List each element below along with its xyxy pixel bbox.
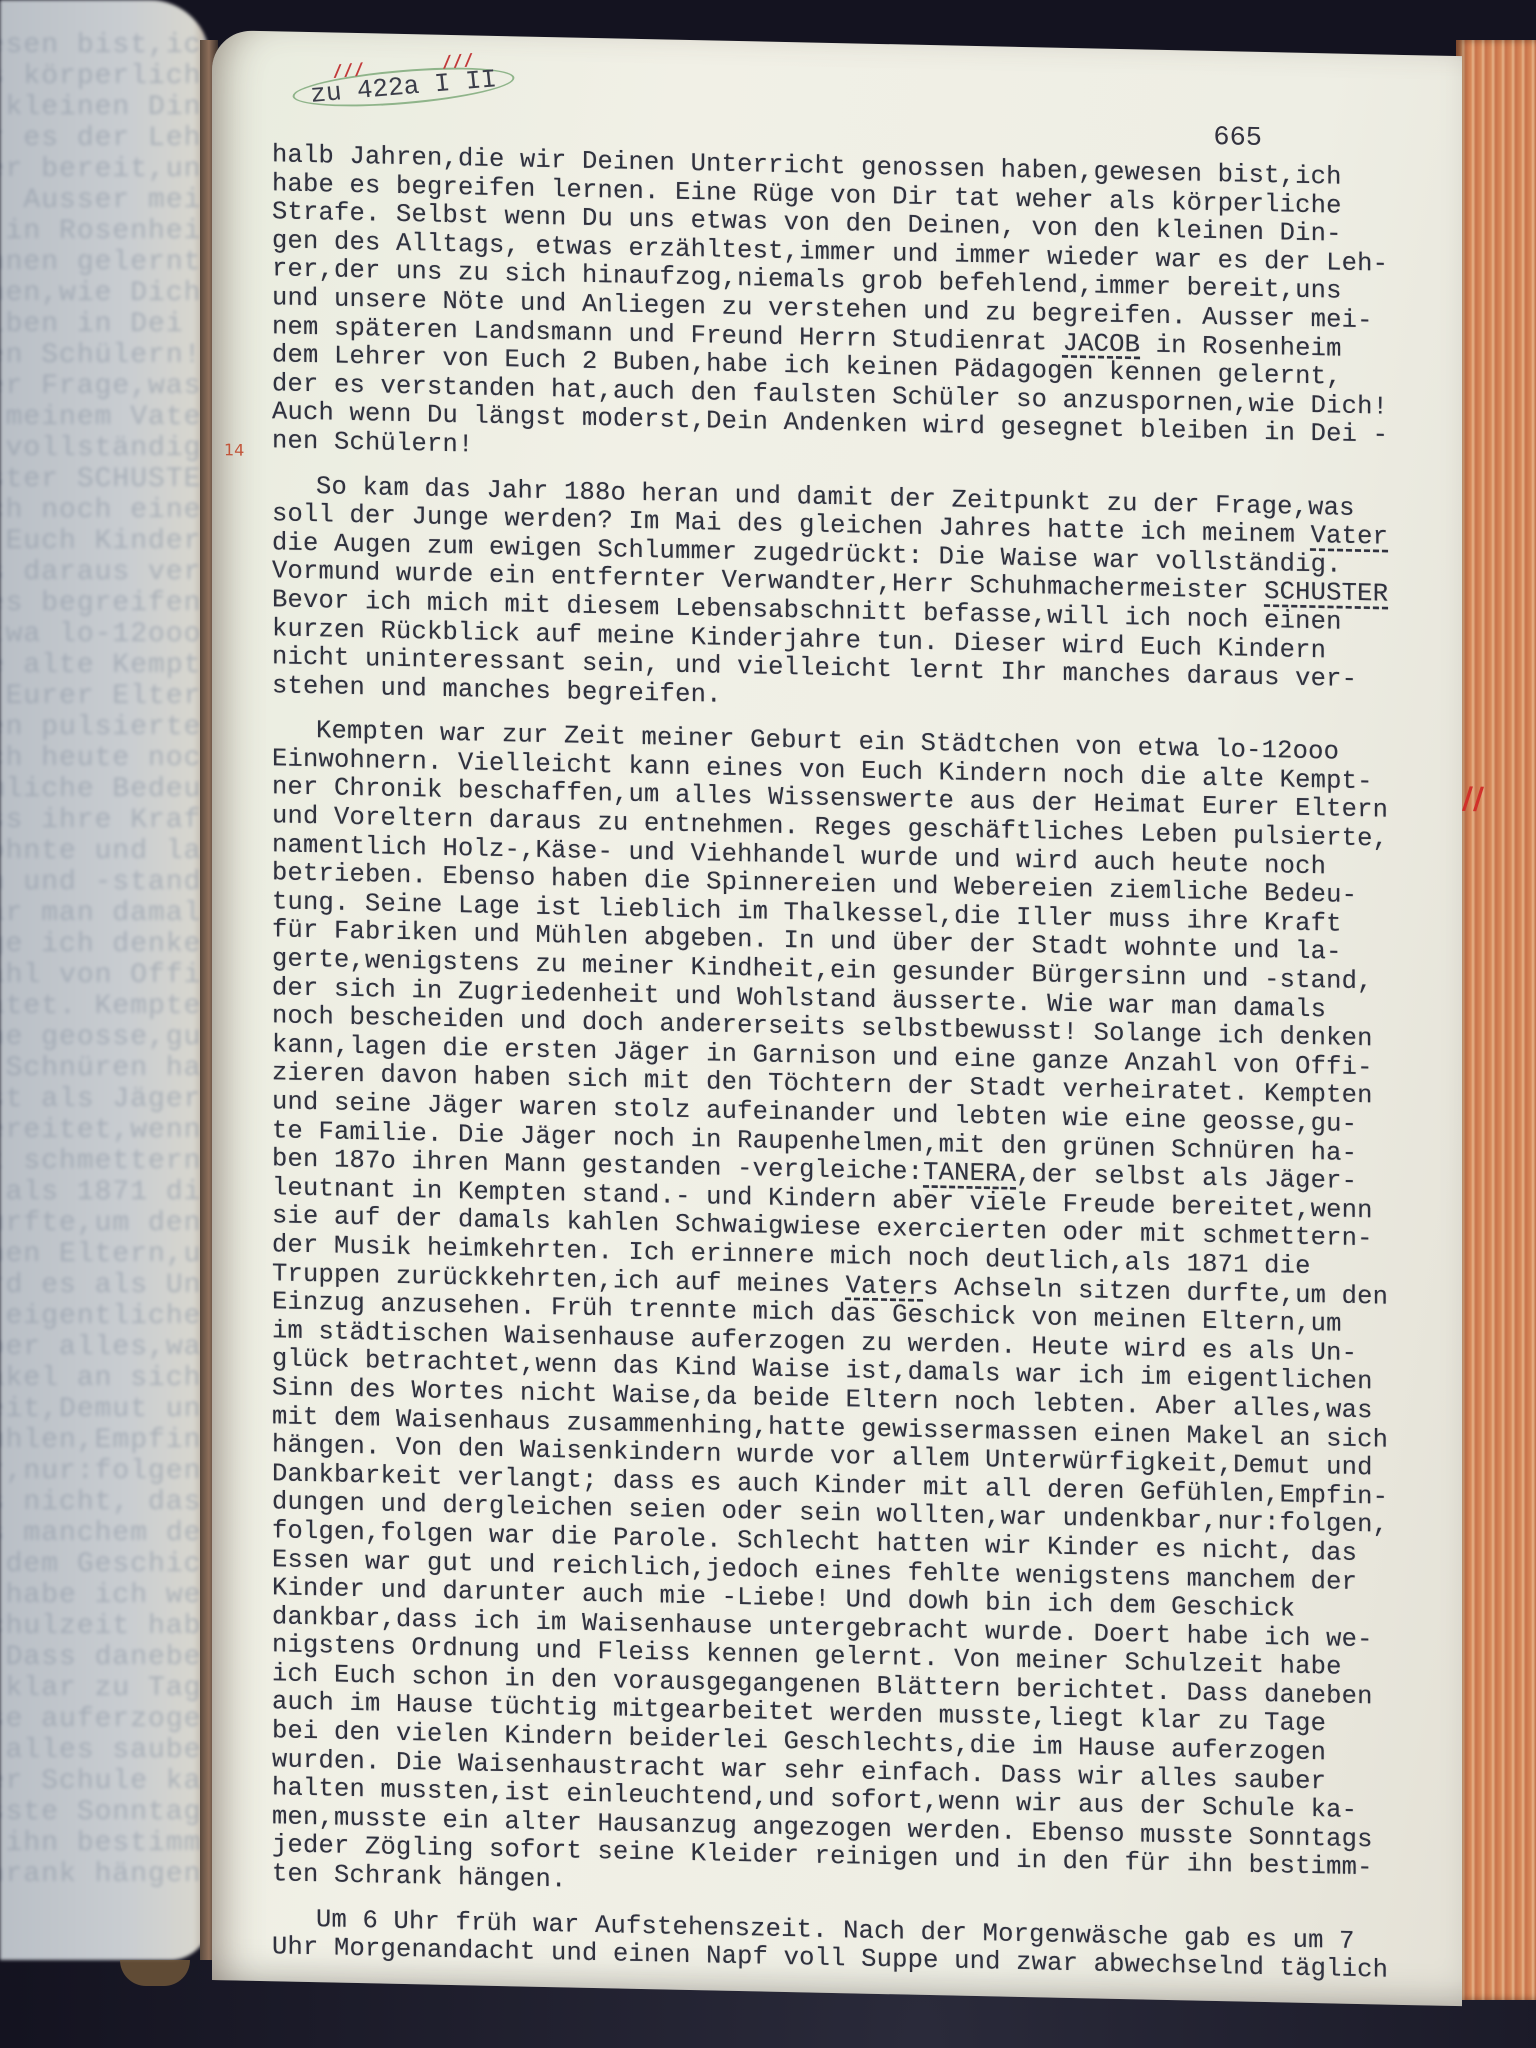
ghost-line: bst als Jäger- (0, 1084, 200, 1115)
ghost-line: Makel an sich (0, 1363, 200, 1394)
ghost-line: rnen,wie Dich! (0, 278, 200, 309)
ghost-line: uch heute noch (0, 743, 200, 774)
ghost-line: ird es als Un- (0, 1270, 200, 1301)
paragraph: Kempten war zur Zeit meiner Geburt ein S… (272, 717, 1402, 1913)
ghost-line: m eigentlichen (0, 1301, 200, 1332)
ghost-line: ar,nur:folgen, (0, 1456, 200, 1487)
page-header: /// /// zu 422a I II 665 (272, 61, 1402, 125)
ghost-line: Aber alles,was (0, 1332, 200, 1363)
ghost-line: use auferzogen (0, 1704, 200, 1735)
ghost-line: bereitet,wenn (0, 1115, 200, 1146)
ghost-line: mer bereit,uns (0, 154, 200, 185)
ghost-line: ratet. Kempten (0, 991, 200, 1022)
ghost-line: wohnte und la- (0, 836, 200, 867)
reference-label: /// /// zu 422a I II (291, 61, 517, 114)
page-edges-stack (1456, 40, 1536, 2000)
ghost-line: nn und -stand, (0, 867, 200, 898)
ghost-line: Schulzeit habe (0, 1611, 200, 1642)
ghost-line: durfte,um den (0, 1208, 200, 1239)
ghost-line: ich noch einen (0, 495, 200, 526)
left-page-out-of-focus: wesen bist,ichls körperlichen kleinen Di… (0, 0, 210, 1960)
left-page-ghost-text: wesen bist,ichls körperlichen kleinen Di… (0, 30, 200, 1890)
ghost-line: h meinem Vater (0, 402, 200, 433)
red-margin-mark: // (1462, 781, 1484, 816)
ghost-line: h,als 1871 die (0, 1177, 200, 1208)
ghost-line: ns manchem der (0, 1518, 200, 1549)
ghost-line: n kleinen Din- (0, 92, 200, 123)
page-content: /// /// zu 422a I II 665 halb Jahren,die… (272, 61, 1402, 2001)
paragraph: So kam das Jahr 188o heran und damit der… (272, 472, 1402, 724)
red-tick-mark: /// (331, 61, 365, 84)
paragraph: halb Jahren,die wir Deinen Unterricht ge… (272, 141, 1402, 479)
ghost-line: ie alte Kempt- (0, 650, 200, 681)
ghost-line: r ihn bestimm- (0, 1828, 200, 1859)
ghost-line: r vollständig. (0, 433, 200, 464)
ghost-line: inen Eltern,um (0, 1239, 200, 1270)
ghost-line: n Schnüren ha- (0, 1053, 200, 1084)
ghost-line: uss ihre Kraft (0, 805, 200, 836)
ghost-line: war man damals (0, 898, 200, 929)
ghost-line: ister SCHUSTER (0, 464, 200, 495)
ghost-line: fühlen,Empfin- (0, 1425, 200, 1456)
ghost-line: it schmettern- (0, 1146, 200, 1177)
typed-body-text: halb Jahren,die wir Deinen Unterricht ge… (272, 141, 1402, 1985)
ghost-line: ine geosse,gu- (0, 1022, 200, 1053)
margin-note: 14 (224, 440, 244, 459)
ghost-line: n. Ausser mei- (0, 185, 200, 216)
ghost-line: . Dass daneben (0, 1642, 200, 1673)
ghost-line: B in Rosenheim (0, 216, 200, 247)
page-number: 665 (1213, 123, 1262, 154)
ghost-line: t habe ich we- (0, 1580, 200, 1611)
ghost-line: ar es der Leh- (0, 123, 200, 154)
ghost-line: der Schule ka- (0, 1766, 200, 1797)
ghost-line: h dem Geschick (0, 1549, 200, 1580)
ghost-line: r alles sauber (0, 1735, 200, 1766)
ghost-line: zahl von Offi- (0, 960, 200, 991)
ghost-line: es daraus ver- (0, 557, 200, 588)
ghost-line: hes begreifen. (0, 588, 200, 619)
ghost-line: eiben in Dei - (0, 309, 200, 340)
ghost-line: emliche Bedeu- (0, 774, 200, 805)
ghost-line: etwa lo-12ooo (0, 619, 200, 650)
ghost-line: es nicht, das (0, 1487, 200, 1518)
ghost-line: ls körperliche (0, 61, 200, 92)
ghost-line: wesen bist,ich (0, 30, 200, 61)
ghost-line: nge ich denken (0, 929, 200, 960)
ghost-line: t Eurer Eltern (0, 681, 200, 712)
ghost-line: keit,Demut und (0, 1394, 200, 1425)
paragraph: Um 6 Uhr früh war Aufstehenszeit. Nach d… (272, 1905, 1402, 1986)
ghost-line: nen Schülern! (0, 340, 200, 371)
ghost-line: t klar zu Tage (0, 1673, 200, 1704)
right-page: /// /// zu 422a I II 665 halb Jahren,die… (212, 30, 1462, 2006)
ghost-line: ennen gelernt, (0, 247, 200, 278)
ghost-line: d Euch Kindern (0, 526, 200, 557)
red-tick-mark: /// (441, 52, 475, 75)
ghost-line: der Frage,was (0, 371, 200, 402)
ghost-line: chrank hängen. (0, 1859, 200, 1890)
ghost-line: usste Sonntags (0, 1797, 200, 1828)
ghost-line: ben pulsierte, (0, 712, 200, 743)
